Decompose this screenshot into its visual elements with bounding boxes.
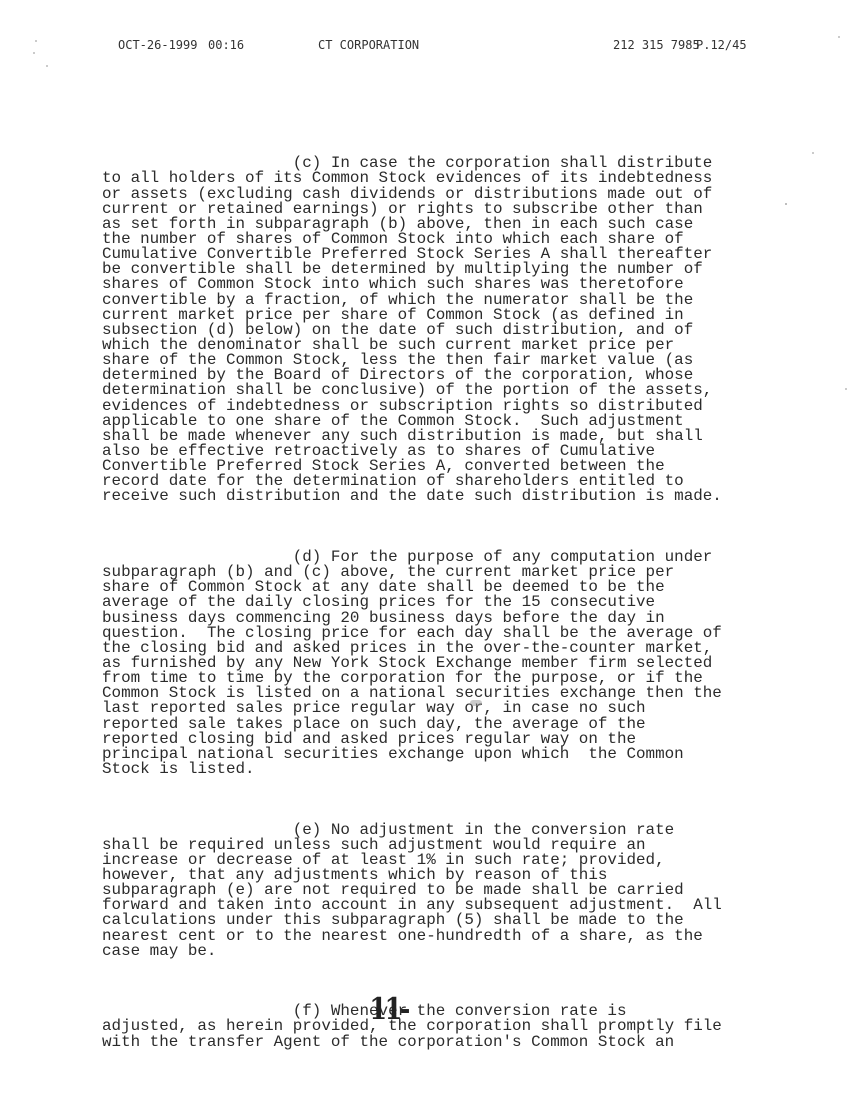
scan-speck (845, 388, 847, 390)
scan-speck (46, 65, 48, 67)
text-line: case may be. (102, 944, 842, 959)
scan-speck (812, 152, 814, 154)
scan-speck (785, 203, 787, 205)
paragraph-f: (f) Whenever the conversion rate isadjus… (102, 1004, 842, 1049)
scan-speck (838, 36, 840, 38)
text-line: receive such distribution and the date s… (102, 489, 842, 504)
fax-phone: 212 315 7985 (613, 38, 700, 52)
scan-speck (35, 40, 37, 42)
fax-date: OCT-26-1999 (118, 38, 197, 52)
paragraph-c: (c) In case the corporation shall distri… (102, 156, 842, 504)
paragraph-d: (d) For the purpose of any computation u… (102, 550, 842, 777)
document-body: (c) In case the corporation shall distri… (102, 126, 842, 1080)
text-line: Stock is listed. (102, 762, 842, 777)
fax-time: 00:16 (208, 38, 244, 52)
scan-speck (33, 52, 35, 54)
fax-sender: CT CORPORATION (318, 38, 419, 52)
text-line: with the transfer Agent of the corporati… (102, 1035, 842, 1050)
page-number: 11- (369, 992, 407, 1027)
fax-header: OCT-26-1999 00:16 CT CORPORATION 212 315… (118, 38, 838, 54)
paragraph-e: (e) No adjustment in the conversion rate… (102, 823, 842, 959)
fax-page-count: P.12/45 (696, 38, 747, 52)
scan-speck (470, 700, 482, 706)
